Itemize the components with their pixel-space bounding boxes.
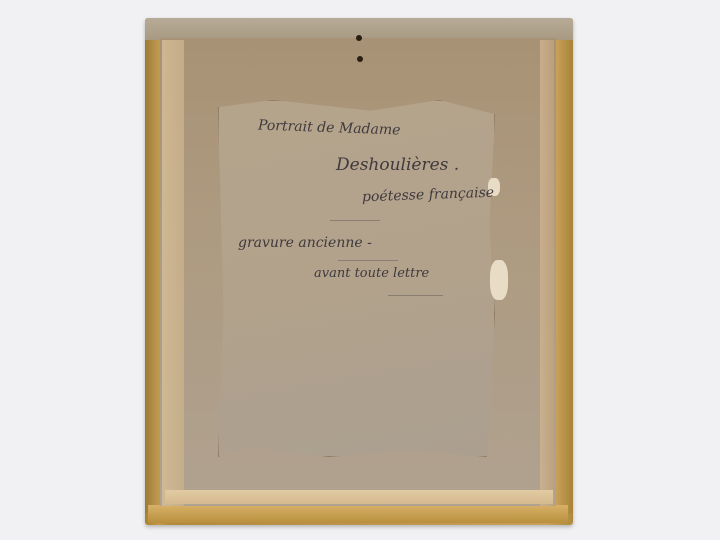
frame-left-rail — [145, 38, 159, 513]
divider-line — [338, 260, 398, 261]
nail-hole — [357, 56, 363, 62]
worn-left-edge — [162, 40, 184, 506]
inscription-line: gravure ancienne - — [238, 235, 372, 251]
divider-line — [330, 220, 380, 221]
worn-right-edge — [540, 40, 554, 506]
frame-bottom-rail — [148, 505, 568, 523]
nail-hole — [356, 35, 362, 41]
frame-right-rail — [556, 38, 573, 513]
divider-line — [388, 295, 443, 296]
inscription-line: avant toute lettre — [314, 266, 429, 281]
worn-bottom-edge — [165, 490, 553, 504]
paper-tear — [490, 260, 508, 300]
inscription-line: Deshoulières . — [336, 155, 459, 175]
